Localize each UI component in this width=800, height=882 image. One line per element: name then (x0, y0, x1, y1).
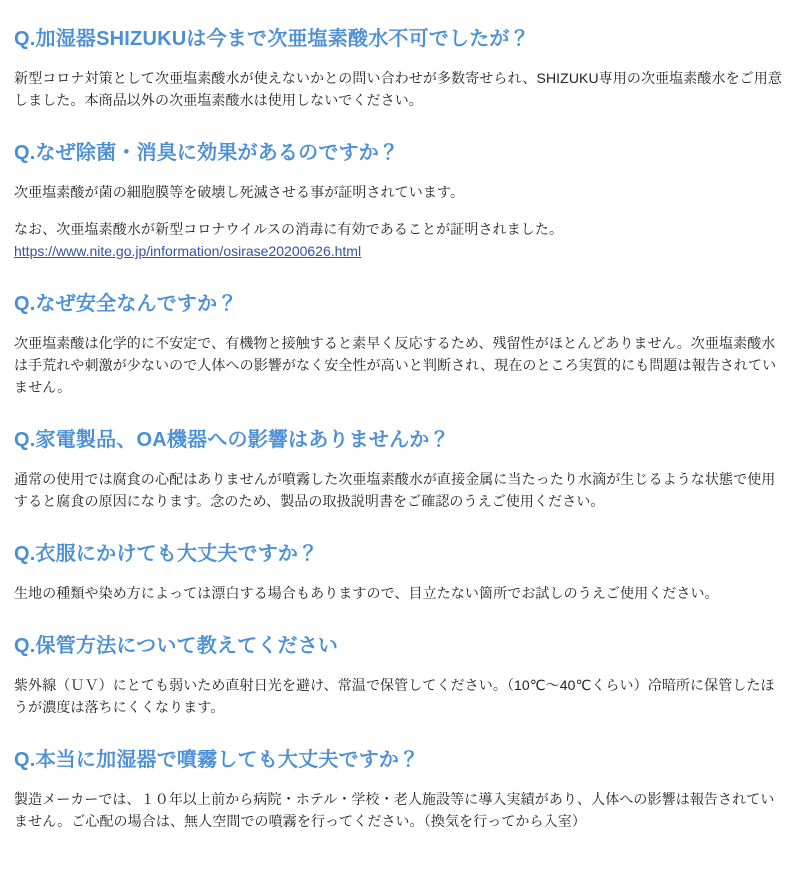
faq-section: Q.加湿器SHIZUKUは今まで次亜塩素酸水不可でしたが？ 新型コロナ対策として… (14, 27, 786, 111)
faq-question: Q.本当に加湿器で噴霧しても大丈夫ですか？ (14, 748, 786, 772)
faq-answer: 生地の種類や染め方によっては漂白する場合もありますので、目立たない箇所でお試しの… (14, 582, 786, 604)
faq-answers: 次亜塩素酸は化学的に不安定で、有機物と接触すると素早く反応するため、残留性がほと… (14, 332, 786, 398)
faq-section: Q.なぜ除菌・消臭に効果があるのですか？ 次亜塩素酸が菌の細胞膜等を破壊し死滅さ… (14, 141, 786, 262)
faq-answers: 通常の使用では腐食の心配はありませんが噴霧した次亜塩素酸水が直接金属に当たったり… (14, 468, 786, 512)
faq-answer: 新型コロナ対策として次亜塩素酸水が使えないかとの問い合わせが多数寄せられ、SHI… (14, 67, 786, 111)
faq-question: Q.保管方法について教えてください (14, 634, 786, 658)
faq-link[interactable]: https://www.nite.go.jp/information/osira… (14, 240, 361, 262)
faq-answers: 新型コロナ対策として次亜塩素酸水が使えないかとの問い合わせが多数寄せられ、SHI… (14, 67, 786, 111)
faq-answers: 生地の種類や染め方によっては漂白する場合もありますので、目立たない箇所でお試しの… (14, 582, 786, 604)
faq-answer: 次亜塩素酸が菌の細胞膜等を破壊し死滅させる事が証明されています。 (14, 181, 786, 203)
faq-question: Q.なぜ除菌・消臭に効果があるのですか？ (14, 141, 786, 165)
faq-link-row: https://www.nite.go.jp/information/osira… (14, 240, 786, 262)
faq-answer: 次亜塩素酸は化学的に不安定で、有機物と接触すると素早く反応するため、残留性がほと… (14, 332, 786, 398)
faq-question: Q.なぜ安全なんですか？ (14, 292, 786, 316)
faq-section: Q.保管方法について教えてください 紫外線（ＵＶ）にとても弱いため直射日光を避け… (14, 634, 786, 718)
faq-question: Q.家電製品、OA機器への影響はありませんか？ (14, 428, 786, 452)
faq-question: Q.加湿器SHIZUKUは今まで次亜塩素酸水不可でしたが？ (14, 27, 786, 51)
faq-answer: 製造メーカーでは、１０年以上前から病院・ホテル・学校・老人施設等に導入実績があり… (14, 788, 786, 832)
faq-question: Q.衣服にかけても大丈夫ですか？ (14, 542, 786, 566)
faq-answers: 紫外線（ＵＶ）にとても弱いため直射日光を避け、常温で保管してください。（10℃〜… (14, 674, 786, 718)
faq-answer: 通常の使用では腐食の心配はありませんが噴霧した次亜塩素酸水が直接金属に当たったり… (14, 468, 786, 512)
faq-section: Q.家電製品、OA機器への影響はありませんか？ 通常の使用では腐食の心配はありま… (14, 428, 786, 512)
faq-page: Q.加湿器SHIZUKUは今まで次亜塩素酸水不可でしたが？ 新型コロナ対策として… (0, 0, 800, 882)
faq-section: Q.なぜ安全なんですか？ 次亜塩素酸は化学的に不安定で、有機物と接触すると素早く… (14, 292, 786, 398)
faq-answers: 製造メーカーでは、１０年以上前から病院・ホテル・学校・老人施設等に導入実績があり… (14, 788, 786, 832)
faq-answers: 次亜塩素酸が菌の細胞膜等を破壊し死滅させる事が証明されています。なお、次亜塩素酸… (14, 181, 786, 262)
faq-answer: なお、次亜塩素酸水が新型コロナウイルスの消毒に有効であることが証明されました。 (14, 218, 786, 240)
faq-list: Q.加湿器SHIZUKUは今まで次亜塩素酸水不可でしたが？ 新型コロナ対策として… (14, 27, 786, 832)
faq-section: Q.本当に加湿器で噴霧しても大丈夫ですか？ 製造メーカーでは、１０年以上前から病… (14, 748, 786, 832)
faq-answer: 紫外線（ＵＶ）にとても弱いため直射日光を避け、常温で保管してください。（10℃〜… (14, 674, 786, 718)
faq-section: Q.衣服にかけても大丈夫ですか？ 生地の種類や染め方によっては漂白する場合もあり… (14, 542, 786, 604)
